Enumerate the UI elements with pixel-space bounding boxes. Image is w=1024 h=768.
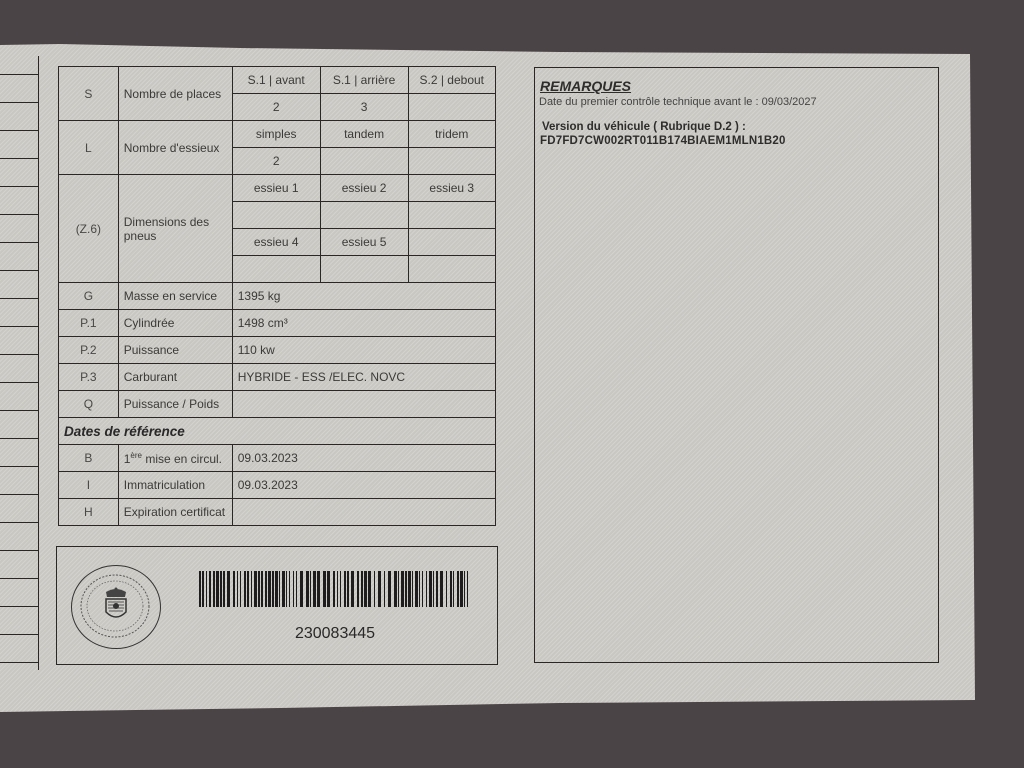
remarks-panel: REMARQUES Date du premier contrôle techn… bbox=[534, 67, 939, 663]
table-row: G Masse en service 1395 kg bbox=[59, 283, 496, 310]
code-z6: (Z.6) bbox=[59, 175, 119, 283]
header-tandem: tandem bbox=[320, 121, 408, 148]
row-code: P.2 bbox=[59, 337, 119, 364]
stamp-barcode-box: 230083445 bbox=[56, 546, 498, 665]
left-page-edge bbox=[0, 56, 39, 670]
version-value: FD7FD7CW002RT011B174BIAEM1MLN1B20 bbox=[540, 135, 786, 147]
version-label: Version du véhicule ( Rubrique D.2 ) : bbox=[542, 121, 746, 133]
rule-line bbox=[0, 158, 38, 159]
header-simples: simples bbox=[232, 121, 320, 148]
label-nombre-essieux: Nombre d'essieux bbox=[118, 121, 232, 175]
table-row: P.3 Carburant HYBRIDE - ESS /ELEC. NOVC bbox=[59, 364, 496, 391]
label-dimensions-pneus: Dimensions des pneus bbox=[118, 175, 232, 283]
value-essieu-3 bbox=[408, 202, 495, 229]
value-essieu-empty bbox=[408, 256, 495, 283]
header-essieu-empty bbox=[408, 229, 495, 256]
row-label: Expiration certificat bbox=[118, 499, 232, 526]
row-value: 1498 cm³ bbox=[232, 310, 495, 337]
header-essieu-2: essieu 2 bbox=[320, 175, 408, 202]
row-value: 09.03.2023 bbox=[232, 445, 495, 472]
rule-line bbox=[0, 354, 38, 355]
value-s1-arriere: 3 bbox=[320, 94, 408, 121]
vehicle-data-table: S Nombre de places S.1 | avant S.1 | arr… bbox=[58, 66, 496, 526]
row-label: Puissance / Poids bbox=[118, 391, 232, 418]
rule-line bbox=[0, 550, 38, 551]
code-l: L bbox=[59, 121, 119, 175]
row-value: 110 kw bbox=[232, 337, 495, 364]
row-code: G bbox=[59, 283, 119, 310]
table-row: P.2 Puissance 110 kw bbox=[59, 337, 496, 364]
value-s2-debout bbox=[408, 94, 495, 121]
rule-line bbox=[0, 606, 38, 607]
coat-of-arms-icon bbox=[98, 586, 134, 626]
value-essieu-5 bbox=[320, 256, 408, 283]
rule-line bbox=[0, 382, 38, 383]
row-label: Puissance bbox=[118, 337, 232, 364]
row-code: Q bbox=[59, 391, 119, 418]
row-code: B bbox=[59, 445, 119, 472]
value-simples: 2 bbox=[232, 148, 320, 175]
header-s2-debout: S.2 | debout bbox=[408, 67, 495, 94]
row-value bbox=[232, 499, 495, 526]
code-s: S bbox=[59, 67, 119, 121]
registration-document: S Nombre de places S.1 | avant S.1 | arr… bbox=[0, 0, 1024, 768]
row-code: I bbox=[59, 472, 119, 499]
remarks-title: REMARQUES bbox=[540, 78, 631, 94]
value-s1-avant: 2 bbox=[232, 94, 320, 121]
row-code: H bbox=[59, 499, 119, 526]
barcode bbox=[199, 571, 471, 607]
value-essieu-1 bbox=[232, 202, 320, 229]
row-value: 09.03.2023 bbox=[232, 472, 495, 499]
rule-line bbox=[0, 578, 38, 579]
header-essieu-3: essieu 3 bbox=[408, 175, 495, 202]
row-label: Masse en service bbox=[118, 283, 232, 310]
value-essieu-4 bbox=[232, 256, 320, 283]
header-essieu-4: essieu 4 bbox=[232, 229, 320, 256]
value-essieu-2 bbox=[320, 202, 408, 229]
controle-technique-date: Date du premier contrôle technique avant… bbox=[539, 96, 817, 108]
label-text: mise en circul. bbox=[142, 452, 222, 466]
row-label: Immatriculation bbox=[118, 472, 232, 499]
table-row: B 1ère mise en circul. 09.03.2023 bbox=[59, 445, 496, 472]
barcode-number: 230083445 bbox=[199, 625, 471, 643]
row-label: Carburant bbox=[118, 364, 232, 391]
rule-line bbox=[0, 102, 38, 103]
row-code: P.3 bbox=[59, 364, 119, 391]
rule-line bbox=[0, 662, 38, 663]
header-tridem: tridem bbox=[408, 121, 495, 148]
rule-line bbox=[0, 298, 38, 299]
rule-line bbox=[0, 522, 38, 523]
rule-line bbox=[0, 410, 38, 411]
rule-line bbox=[0, 242, 38, 243]
header-essieu-1: essieu 1 bbox=[232, 175, 320, 202]
rule-line bbox=[0, 494, 38, 495]
official-seal bbox=[71, 565, 161, 649]
rule-line bbox=[0, 74, 38, 75]
row-value: 1395 kg bbox=[232, 283, 495, 310]
section-dates-reference: Dates de référence bbox=[59, 418, 496, 445]
value-tandem bbox=[320, 148, 408, 175]
label-nombre-places: Nombre de places bbox=[118, 67, 232, 121]
rule-line bbox=[0, 270, 38, 271]
value-tridem bbox=[408, 148, 495, 175]
header-s1-avant: S.1 | avant bbox=[232, 67, 320, 94]
label-superscript: ère bbox=[130, 451, 142, 460]
table-row: Q Puissance / Poids bbox=[59, 391, 496, 418]
row-value: HYBRIDE - ESS /ELEC. NOVC bbox=[232, 364, 495, 391]
row-label: Cylindrée bbox=[118, 310, 232, 337]
rule-line bbox=[0, 634, 38, 635]
header-s1-arriere: S.1 | arrière bbox=[320, 67, 408, 94]
rule-line bbox=[0, 466, 38, 467]
row-code: P.1 bbox=[59, 310, 119, 337]
rule-line bbox=[0, 214, 38, 215]
table-row: P.1 Cylindrée 1498 cm³ bbox=[59, 310, 496, 337]
header-essieu-5: essieu 5 bbox=[320, 229, 408, 256]
rule-line bbox=[0, 438, 38, 439]
rule-line bbox=[0, 326, 38, 327]
row-value bbox=[232, 391, 495, 418]
row-label: 1ère mise en circul. bbox=[118, 445, 232, 472]
table-row: H Expiration certificat bbox=[59, 499, 496, 526]
rule-line bbox=[0, 130, 38, 131]
table-row: I Immatriculation 09.03.2023 bbox=[59, 472, 496, 499]
rule-line bbox=[0, 186, 38, 187]
